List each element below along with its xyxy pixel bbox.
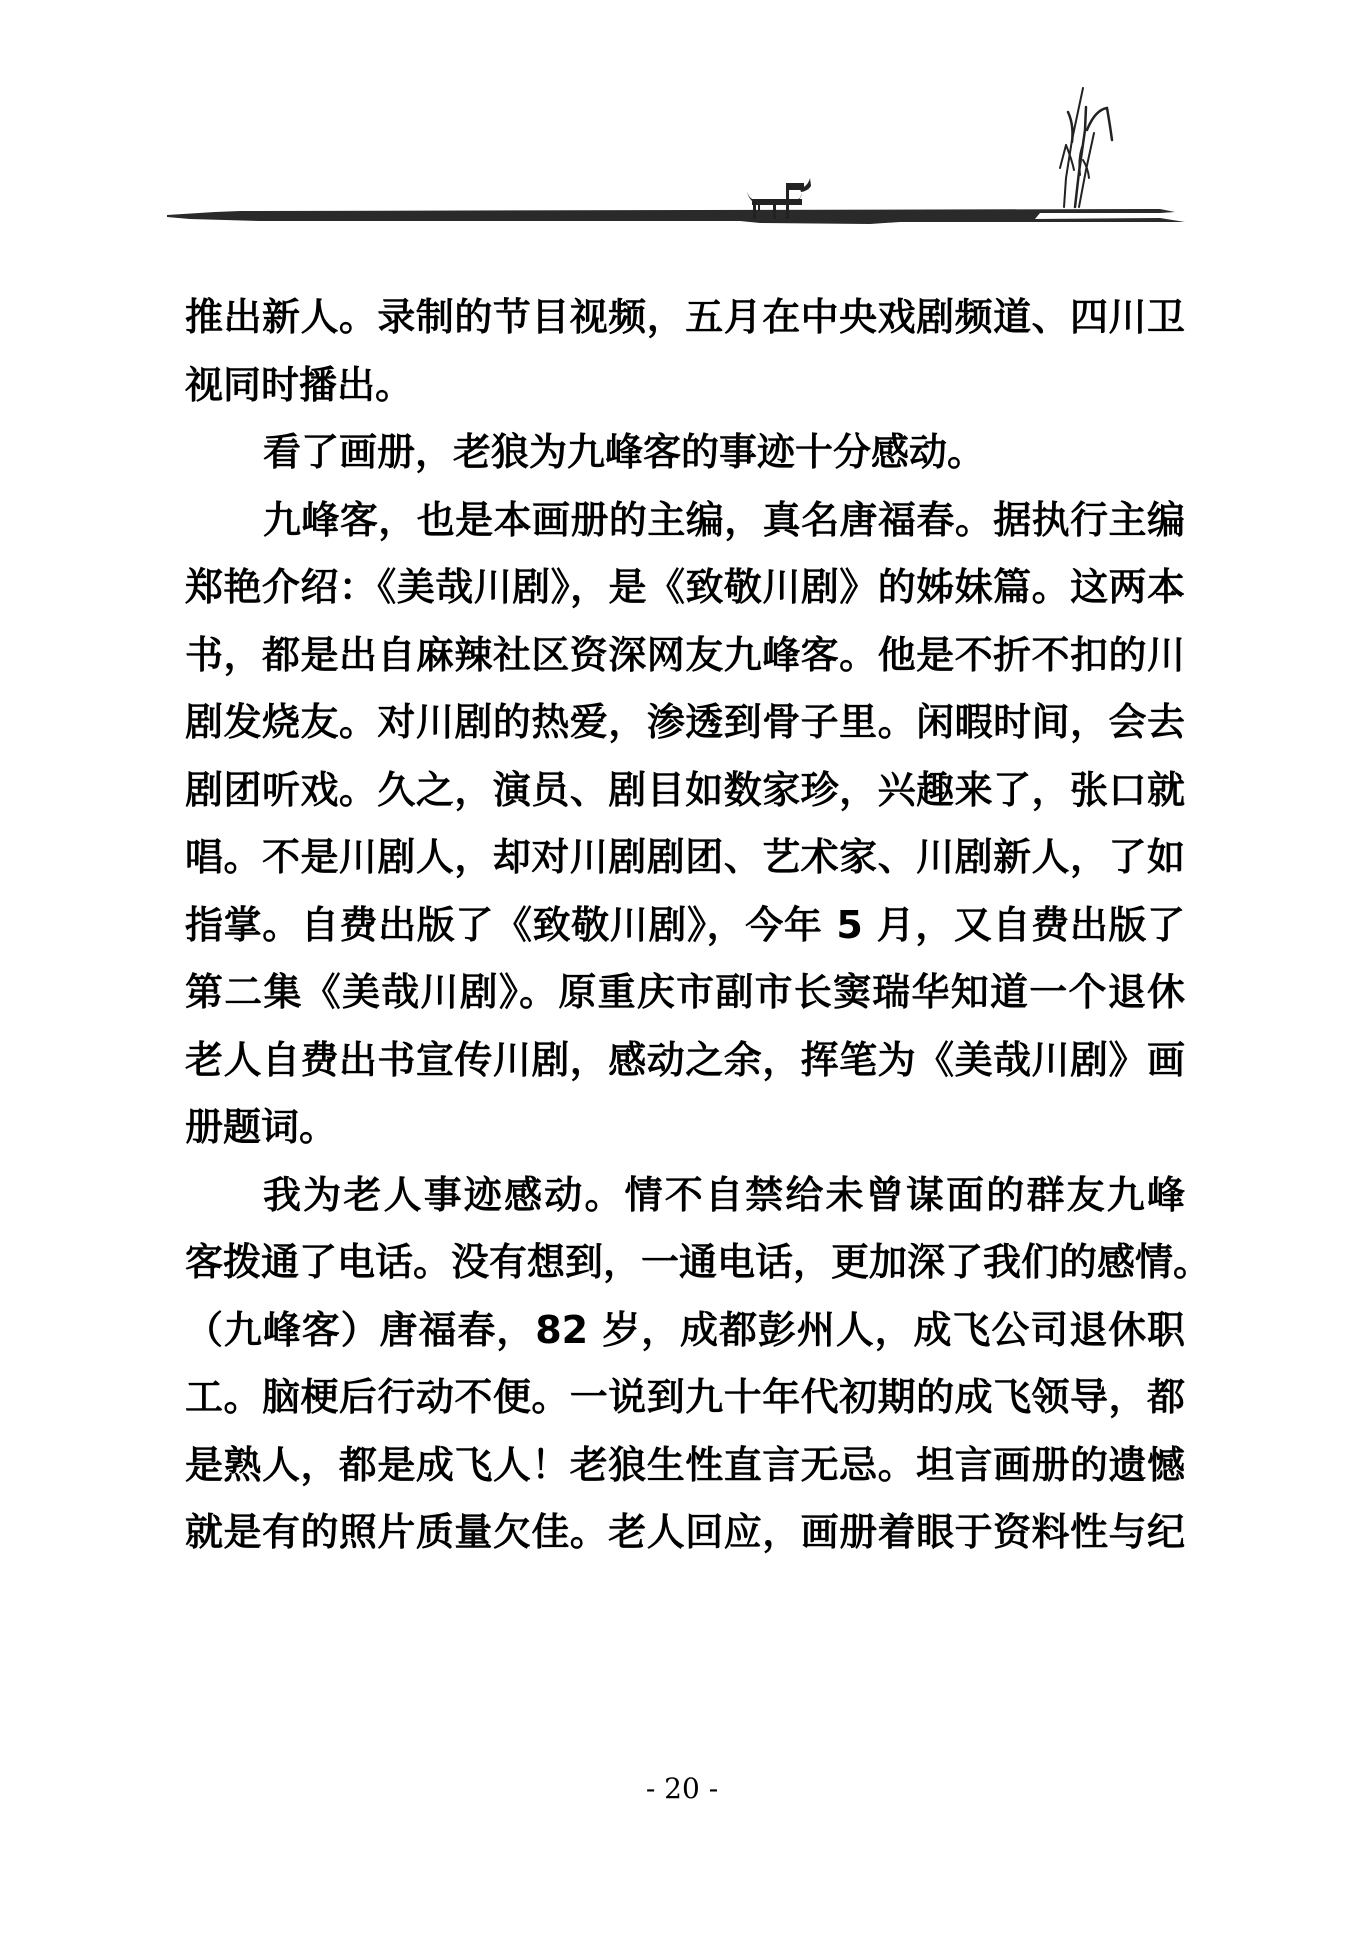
bamboo-icon — [1060, 88, 1112, 207]
text-line: 我为老人事迹感动。情不自禁给未曾谋面的群友九峰 — [185, 1162, 1185, 1230]
text-line: 看了画册，老狼为九峰客的事迹十分感动。 — [185, 419, 1185, 487]
text-line: 九峰客，也是本画册的主编，真名唐福春。据执行主编 — [185, 487, 1185, 555]
text-line: 是熟人，都是成飞人！老狼生性直言无忌。坦言画册的遗憾 — [185, 1432, 1185, 1500]
text-line: 册题词。 — [185, 1094, 1185, 1162]
text-line: 唱。不是川剧人，却对川剧剧团、艺术家、川剧新人，了如 — [185, 824, 1185, 892]
text-line: 第二集《美哉川剧》。原重庆市副市长窦瑞华知道一个退休 — [185, 959, 1185, 1027]
text-line: 郑艳介绍：《美哉川剧》，是《致敬川剧》的姊妹篇。这两本 — [185, 554, 1185, 622]
page-number: - 20 - — [0, 1772, 1364, 1805]
text-line: 客拨通了电话。没有想到，一通电话，更加深了我们的感情。 — [185, 1229, 1185, 1297]
text-line: 推出新人。录制的节目视频，五月在中央戏剧频道、四川卫 — [185, 284, 1185, 352]
text-line: 剧发烧友。对川剧的热爱，渗透到骨子里。闲暇时间，会去 — [185, 689, 1185, 757]
text-line: 工。脑梗后行动不便。一说到九十年代初期的成飞领导，都 — [185, 1364, 1185, 1432]
body-text: 推出新人。录制的节目视频，五月在中央戏剧频道、四川卫 视同时播出。 看了画册，老… — [185, 284, 1185, 1567]
text-line: 剧团听戏。久之，演员、剧目如数家珍，兴趣来了，张口就 — [185, 757, 1185, 825]
text-line: 指掌。自费出版了《致敬川剧》，今年 5 月，又自费出版了 — [185, 892, 1185, 960]
text-line: （九峰客）唐福春，82 岁，成都彭州人，成飞公司退休职 — [185, 1297, 1185, 1365]
text-line: 就是有的照片质量欠佳。老人回应，画册着眼于资料性与纪 — [185, 1499, 1185, 1567]
text-line: 老人自费出书宣传川剧，感动之余，挥笔为《美哉川剧》画 — [185, 1027, 1185, 1095]
horizon-brush-stroke — [167, 209, 1185, 224]
text-line: 书，都是出自麻辣社区资深网友九峰客。他是不折不扣的川 — [185, 622, 1185, 690]
ink-landscape-header-icon — [0, 0, 1364, 240]
text-line: 视同时播出。 — [185, 352, 1185, 420]
